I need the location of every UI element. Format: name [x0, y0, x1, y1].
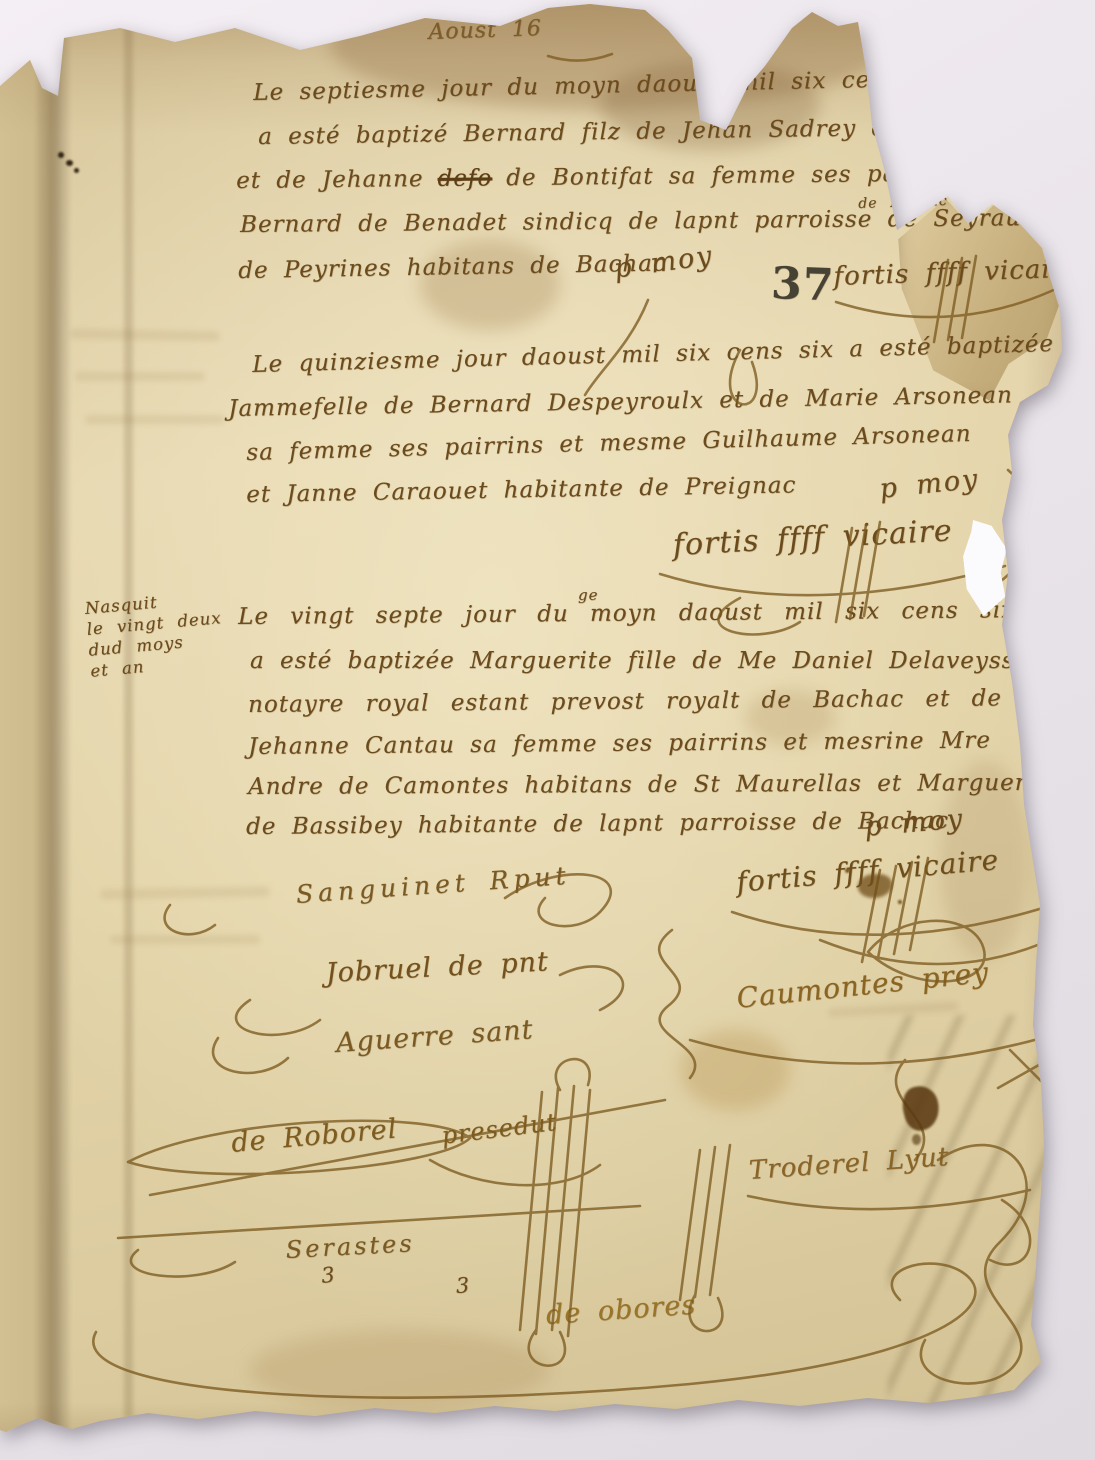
witness-signature: de Roborel: [230, 1113, 399, 1158]
record3-line: Le vingt septe jour du moyn daoust mil s…: [238, 597, 1015, 630]
witness-signature: Jobruel de pnt: [325, 946, 550, 989]
record3-line: Andre de Camontes habitans de St Maurell…: [248, 770, 1060, 800]
age-stain: [250, 1330, 550, 1410]
record3-line: Jehanne Cantau sa femme ses pairrins et …: [248, 728, 991, 760]
strikethrough-word: defo: [437, 165, 492, 192]
witness-signature: de obores: [545, 1290, 697, 1331]
record2-line: Le quinziesme jour daoust mil six cens s…: [252, 331, 1054, 378]
record1-line-with-strikethrough: et de Jehannedefode Bontifat sa femme se…: [236, 159, 1095, 194]
manuscript-page: Aoust 16 Le septiesme jour du moyn daous…: [0, 0, 1095, 1460]
corner-fold-creases: [888, 1015, 1056, 1410]
record2-line: Jammefelle de Bernard Despeyroulx et de …: [228, 382, 1013, 422]
witness-signature: Troderel Lyut: [748, 1142, 950, 1186]
record1-line: de Peyrines habitans de Bachac: [238, 251, 667, 284]
ink-speck: [74, 168, 79, 173]
witness-signature: Sanguinet Rput: [295, 861, 571, 909]
per-moy-mark: p moy: [878, 464, 981, 505]
folio-number: 37: [770, 258, 835, 311]
margin-birth-note: Nasquit le vingt deux dud moys et an: [84, 586, 226, 681]
record1-line-post: de Bontifat sa femme ses pairrins ne mes…: [506, 159, 1095, 191]
record3-line: notayre royal estant prevost royalt de B…: [248, 685, 1002, 718]
vertical-crease: [124, 18, 133, 1418]
witness-signature: presedut: [440, 1108, 559, 1150]
interline-note: de Bachac: [858, 193, 948, 212]
per-moy-mark: p moy: [612, 240, 715, 285]
ink-blot: [912, 1134, 921, 1145]
record1-line-pre: et de Jehanne: [236, 166, 424, 194]
record2-line: sa femme ses pairrins et mesme Guilhaume…: [246, 421, 972, 466]
verso-showthrough: [75, 372, 205, 381]
record3-line: a esté baptizée Marguerite fille de Me D…: [250, 648, 1045, 674]
verso-showthrough: [110, 935, 260, 944]
vicar-signature: fortis ffff vicaire: [833, 253, 1081, 292]
ink-blot: [898, 1082, 944, 1134]
ink-splatter: [898, 900, 902, 904]
paraph-mark: 3: [320, 1262, 337, 1287]
verso-showthrough: [828, 1002, 958, 1018]
page-heading-month: Aoust 16: [428, 16, 542, 45]
vicar-signature: fortis ffff vicaire: [672, 513, 953, 563]
ink-splatter: [858, 874, 892, 898]
verso-showthrough: [100, 887, 270, 900]
record2-line: et Janne Caraouet habitante de Preignac: [246, 472, 797, 508]
adjacent-folio-strip: [0, 0, 62, 1460]
paper-shadow: Aoust 16 Le septiesme jour du moyn daous…: [0, 0, 1095, 1460]
record1-line: Bernard de Benadet sindicq de lapnt parr…: [240, 205, 1044, 238]
verso-showthrough: [70, 329, 220, 342]
record3-line: de Bassibey habitante de lapnt parroisse…: [246, 808, 949, 840]
verso-showthrough: [85, 415, 225, 424]
age-stain: [680, 1030, 790, 1110]
witness-signature: Serastes: [285, 1229, 415, 1264]
pink-fiber-artifact: [1078, 1129, 1087, 1142]
binding-fold-crease: [34, 0, 72, 1460]
witness-signature: Aguerre sant: [335, 1014, 534, 1059]
ink-splatter: [845, 868, 850, 873]
ink-speck: [66, 160, 73, 166]
ink-speck: [58, 152, 64, 158]
photograph-backdrop: Aoust 16 Le septiesme jour du moyn daous…: [0, 0, 1095, 1460]
paraph-mark: 3: [455, 1273, 471, 1298]
